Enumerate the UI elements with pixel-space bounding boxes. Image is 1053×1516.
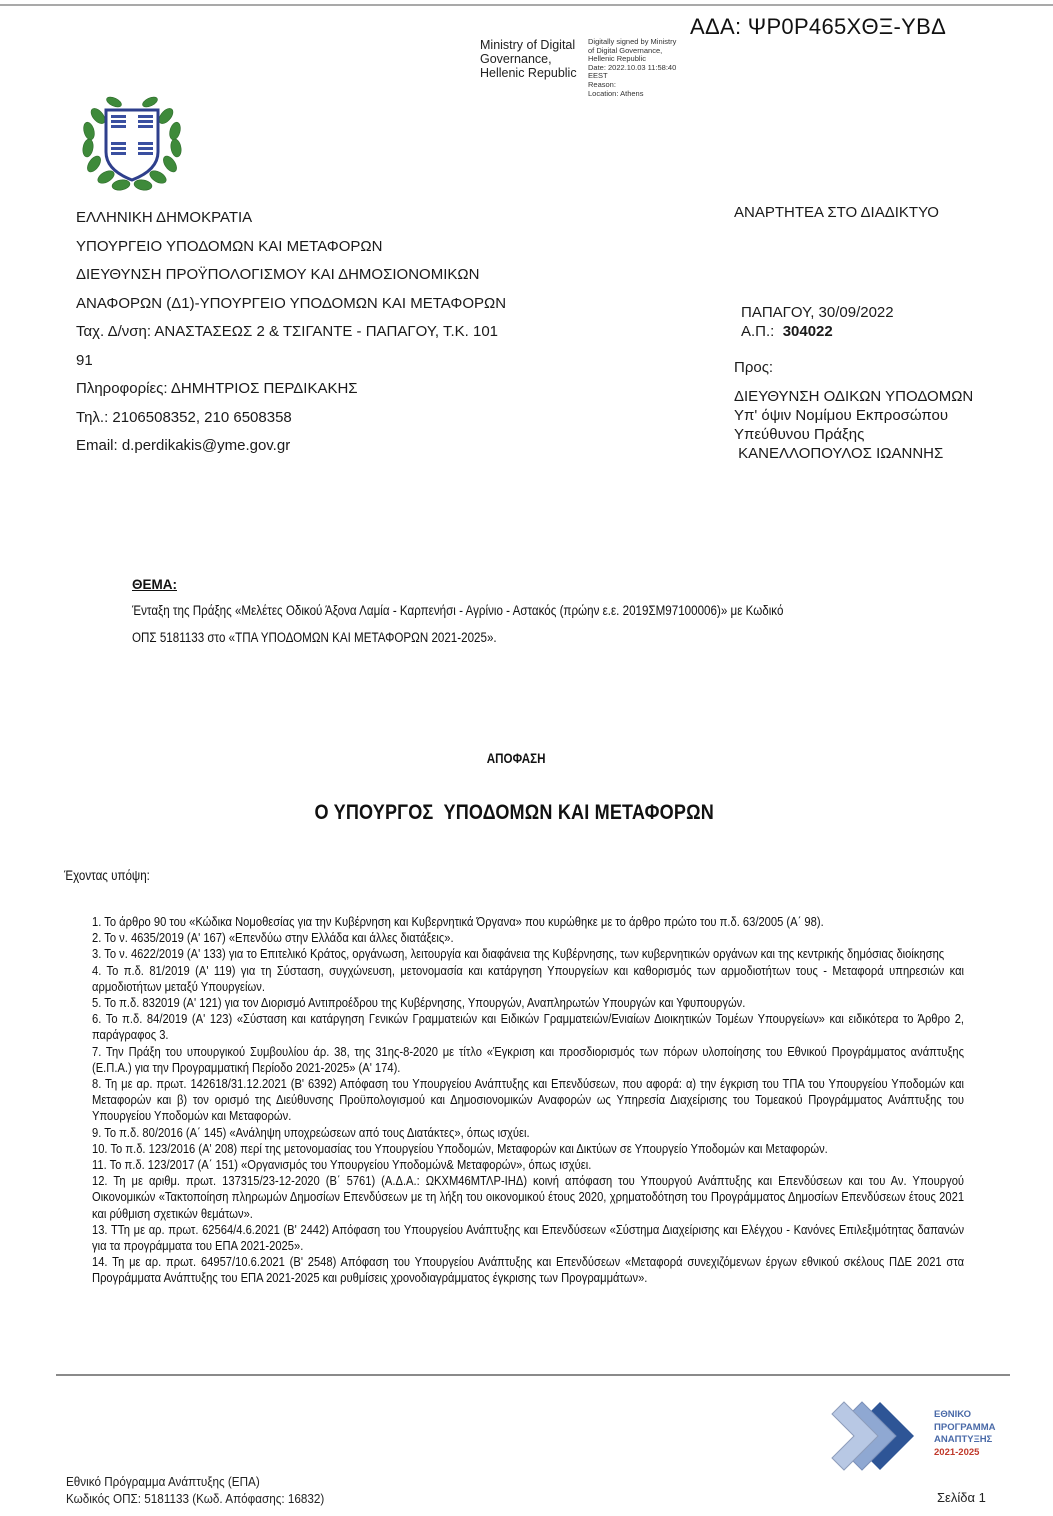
recipient-block: ΔΙΕΥΘΥΝΣΗ ΟΔΙΚΩΝ ΥΠΟΔΟΜΩΝ Υπ' όψιν Νομίμ…	[734, 387, 973, 463]
sender-line: Πληροφορίες: ΔΗΜΗΤΡΙΟΣ ΠΕΡΔΙΚΑΚΗΣ	[76, 375, 506, 404]
sender-line: Ταχ. Δ/νση: ΑΝΑΣΤΑΣΕΩΣ 2 & ΤΣΙΓΑΝΤΕ - ΠΑ…	[76, 318, 506, 347]
logo-line: ΠΡΟΓΡΑΜΜΑ	[934, 1422, 995, 1435]
subject-text: Ένταξη της Πράξης «Μελέτες Οδικού Άξονα …	[132, 597, 975, 651]
decision-label-text: ΑΠΟΦΑΣΗ	[487, 751, 546, 766]
top-border	[0, 4, 1053, 6]
recital-item: 8. Τη με αρ. πρωτ. 142618/31.12.2021 (Β'…	[92, 1076, 964, 1125]
considering-label: Έχοντας υπόψη:	[64, 868, 164, 883]
logo-line: ΕΘΝΙΚΟ	[934, 1409, 995, 1422]
recital-item: 5. Το π.δ. 832019 (Α' 121) για τον Διορι…	[92, 995, 964, 1011]
footer-program-name: Εθνικό Πρόγραμμα Ανάπτυξης (ΕΠΑ)	[66, 1473, 324, 1490]
sender-line: ΥΠΟΥΡΓΕΙΟ ΥΠΟΔΟΜΩΝ ΚΑΙ ΜΕΤΑΦΟΡΩΝ	[76, 233, 506, 262]
protocol-number-row: Α.Π.: 304022	[741, 322, 894, 341]
recital-item: 2. Το ν. 4635/2019 (Α' 167) «Επενδύω στη…	[92, 930, 964, 946]
recipient-label: Προς:	[734, 359, 773, 376]
issuing-authority-text: Ο ΥΠΟΥΡΓΟΣ ΥΠΟΔΟΜΩΝ ΚΑΙ ΜΕΤΑΦΟΡΩΝ	[314, 801, 713, 825]
greek-coat-of-arms-icon	[76, 86, 188, 198]
recital-item: 7. Την Πράξη του υπουργικού Συμβουλίου ά…	[92, 1044, 964, 1076]
recipient-line: ΔΙΕΥΘΥΝΣΗ ΟΔΙΚΩΝ ΥΠΟΔΟΜΩΝ	[734, 387, 973, 406]
recital-item: 1. Το άρθρο 90 του «Κώδικα Νομοθεσίας γι…	[92, 914, 964, 930]
signature-detail-line: Location: Athens	[588, 90, 676, 99]
recital-item: 6. Το π.δ. 84/2019 (Α' 123) «Σύσταση και…	[92, 1011, 964, 1043]
place-date: ΠΑΠΑΓΟΥ, 30/09/2022	[741, 303, 894, 322]
sender-line: ΕΛΛΗΝΙΚΗ ΔΗΜΟΚΡΑΤΙΑ	[76, 204, 506, 233]
subject-label: ΘΕΜΑ:	[132, 577, 177, 592]
logo-line: ΑΝΑΠΤΥΞΗΣ	[934, 1434, 995, 1447]
sender-line: 91	[76, 347, 506, 376]
recital-item: 11. Το π.δ. 123/2017 (Α΄ 151) «Οργανισμό…	[92, 1157, 964, 1173]
post-notice: ΑΝΑΡΤΗΤΕΑ ΣΤΟ ΔΙΑΔΙΚΤΥΟ	[734, 204, 939, 221]
recital-item: 9. Το π.δ. 80/2016 (Α΄ 145) «Ανάληψη υπο…	[92, 1125, 964, 1141]
sender-line: ΔΙΕΥΘΥΝΣΗ ΠΡΟΫΠΟΛΟΓΙΣΜΟΥ ΚΑΙ ΔΗΜΟΣΙΟΝΟΜΙ…	[76, 261, 506, 290]
sender-line: Τηλ.: 2106508352, 210 6508358	[76, 404, 506, 433]
considering-text: Έχοντας υπόψη:	[64, 868, 150, 883]
signer-line: Ministry of Digital	[480, 38, 577, 52]
signature-signer: Ministry of Digital Governance, Hellenic…	[480, 38, 577, 80]
subject-line: Ένταξη της Πράξης «Μελέτες Οδικού Άξονα …	[132, 597, 975, 624]
epa-logo-text: ΕΘΝΙΚΟ ΠΡΟΓΡΑΜΜΑ ΑΝΑΠΤΥΞΗΣ 2021-2025	[934, 1409, 995, 1459]
recipient-line: Υπεύθυνου Πράξης	[734, 425, 973, 444]
place-date-block: ΠΑΠΑΓΟΥ, 30/09/2022 Α.Π.: 304022	[741, 303, 894, 341]
recital-item: 13. ΤΤη με αρ. πρωτ. 62564/4.6.2021 (Β' …	[92, 1222, 964, 1254]
recital-item: 4. Το π.δ. 81/2019 (Α' 119) για τη Σύστα…	[92, 963, 964, 995]
decision-label: ΑΠΟΦΑΣΗ	[0, 751, 1033, 766]
recital-item: 14. Τη με αρ. πρωτ. 64957/10.6.2021 (Β' …	[92, 1254, 964, 1286]
signature-details: Digitally signed by Ministry of Digital …	[588, 38, 676, 98]
page-number: Σελίδα 1	[937, 1490, 986, 1505]
issuing-authority: Ο ΥΠΟΥΡΓΟΣ ΥΠΟΔΟΜΩΝ ΚΑΙ ΜΕΤΑΦΟΡΩΝ	[0, 801, 1028, 825]
recital-item: 12. Τη με αριθμ. πρωτ. 137315/23-12-2020…	[92, 1173, 964, 1222]
subject-line: ΟΠΣ 5181133 στο «ΤΠΑ ΥΠΟΔΟΜΩΝ ΚΑΙ ΜΕΤΑΦΟ…	[132, 624, 975, 651]
logo-year: 2021-2025	[934, 1447, 995, 1460]
epa-chevrons-logo-icon	[830, 1396, 930, 1472]
recitals-list: 1. Το άρθρο 90 του «Κώδικα Νομοθεσίας γι…	[92, 914, 964, 1287]
recital-item: 3. Το ν. 4622/2019 (Α' 133) για το Επιτε…	[92, 946, 964, 962]
recital-item: 10. Το π.δ. 123/2016 (Α' 208) περί της μ…	[92, 1141, 964, 1157]
protocol-label: Α.Π.:	[741, 323, 774, 340]
footer-divider	[56, 1374, 1010, 1376]
signer-line: Governance,	[480, 52, 577, 66]
sender-email: Email: d.perdikakis@yme.gov.gr	[76, 432, 506, 461]
sender-line: ΑΝΑΦΟΡΩΝ (Δ1)-ΥΠΟΥΡΓΕΙΟ ΥΠΟΔΟΜΩΝ ΚΑΙ ΜΕΤ…	[76, 290, 506, 319]
ada-code: ΑΔΑ: ΨΡ0Ρ465ΧΘΞ-ΥΒΔ	[690, 14, 946, 40]
sender-block: ΕΛΛΗΝΙΚΗ ΔΗΜΟΚΡΑΤΙΑ ΥΠΟΥΡΓΕΙΟ ΥΠΟΔΟΜΩΝ Κ…	[76, 204, 506, 461]
footer-info: Εθνικό Πρόγραμμα Ανάπτυξης (ΕΠΑ) Κωδικός…	[66, 1473, 324, 1507]
recipient-line: ΚΑΝΕΛΛΟΠΟΥΛΟΣ ΙΩΑΝΝΗΣ	[734, 444, 973, 463]
protocol-number: 304022	[783, 323, 833, 340]
signer-line: Hellenic Republic	[480, 66, 577, 80]
footer-codes: Κωδικός ΟΠΣ: 5181133 (Κωδ. Απόφασης: 168…	[66, 1490, 324, 1507]
recipient-line: Υπ' όψιν Νομίμου Εκπροσώπου	[734, 406, 973, 425]
